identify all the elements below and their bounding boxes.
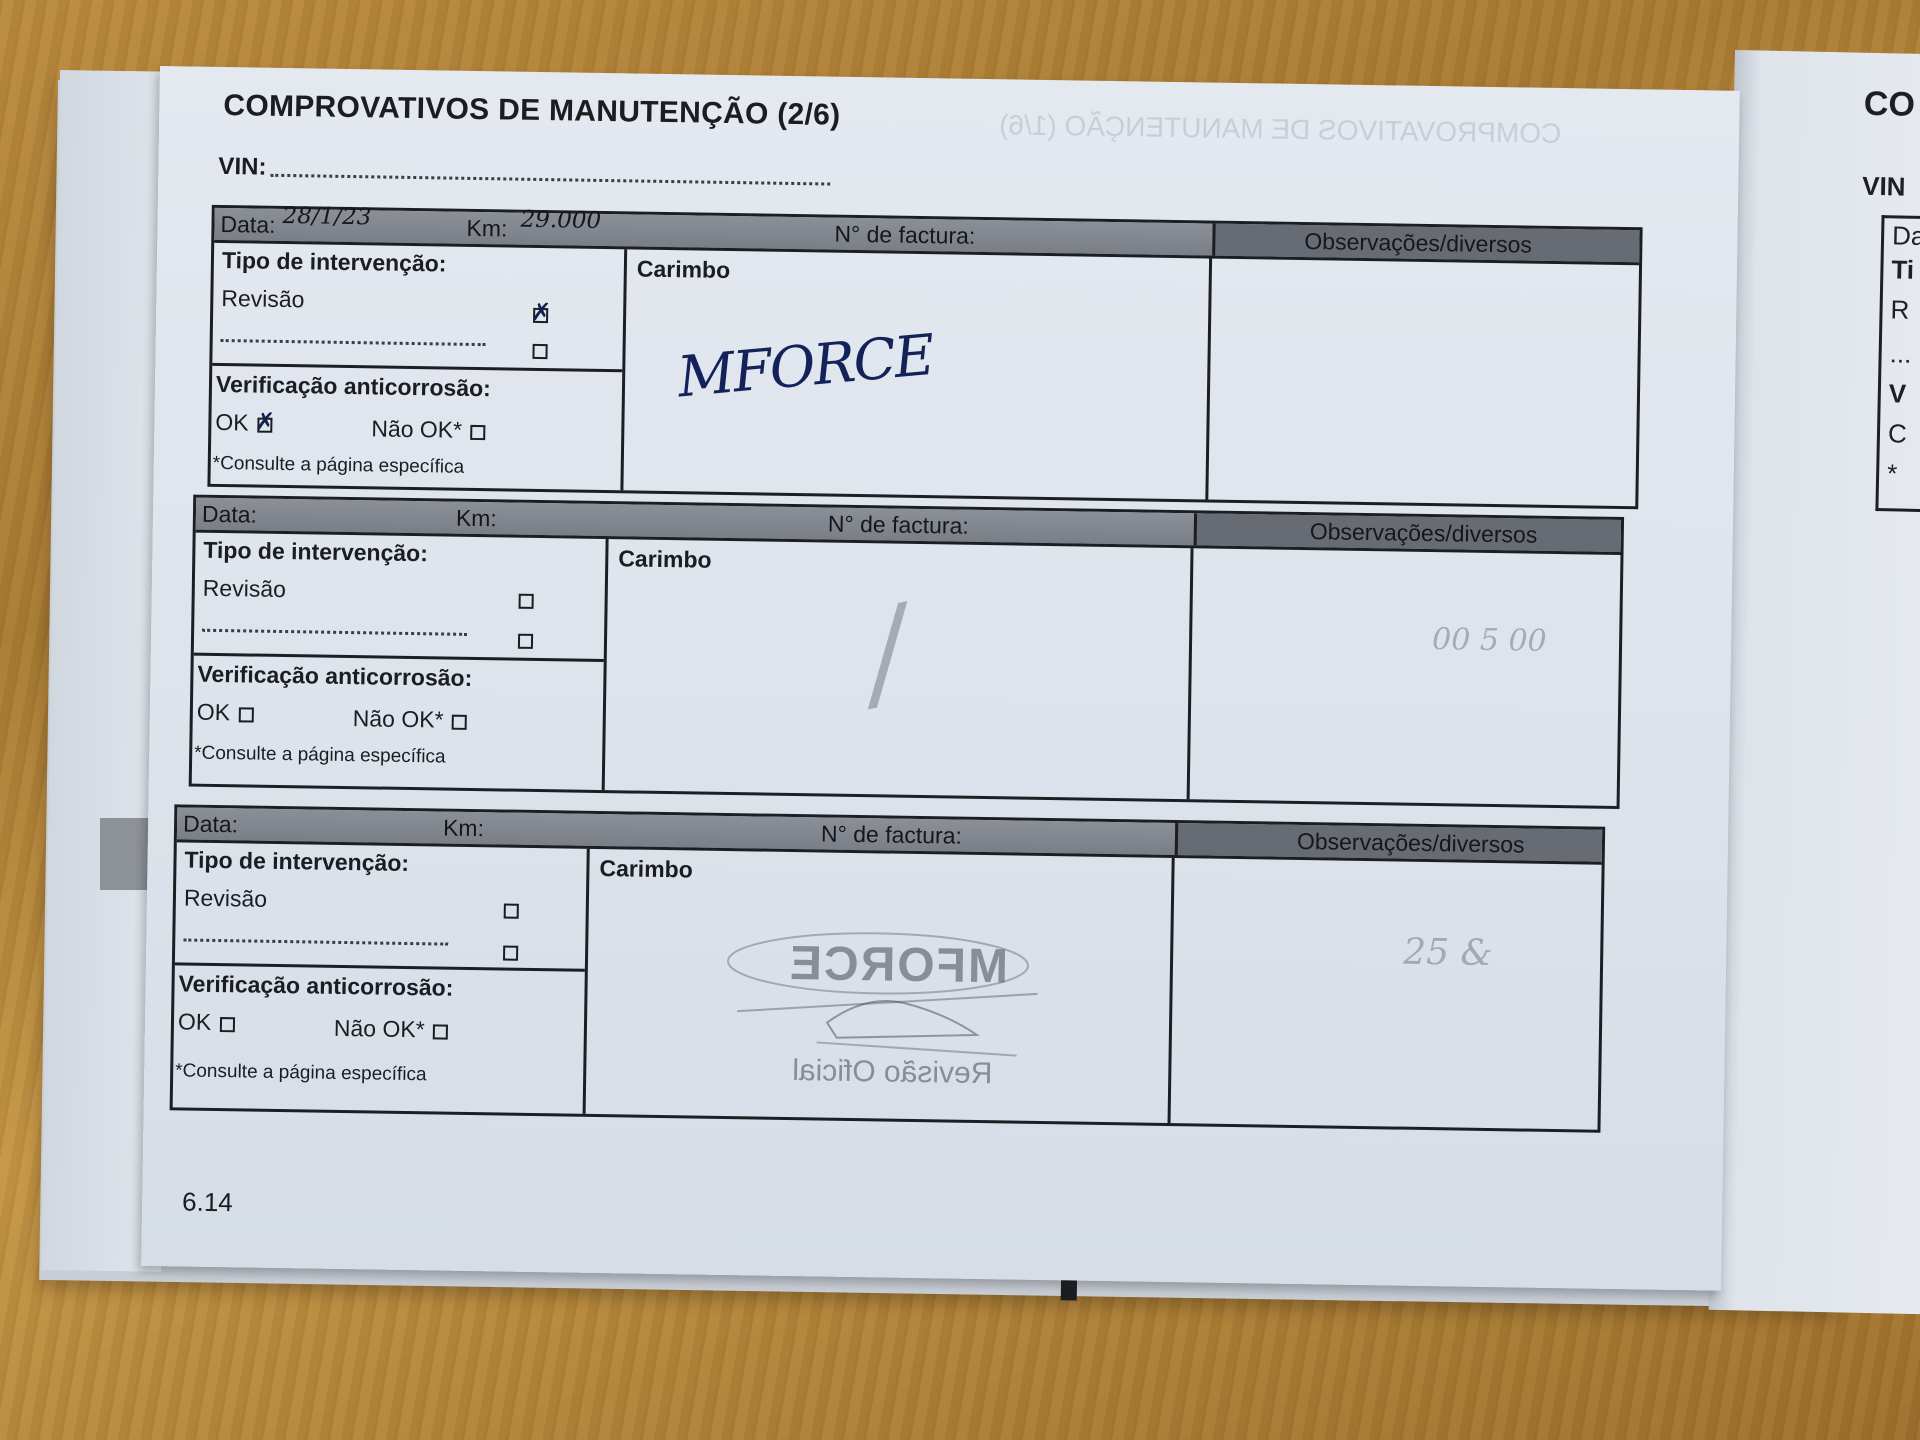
facing-fragment: ... bbox=[1889, 338, 1911, 369]
page-marker bbox=[1061, 1280, 1077, 1300]
anticorrosion-label: Verificação anticorrosão: bbox=[197, 661, 472, 692]
ok-checkbox[interactable] bbox=[238, 707, 253, 722]
km-label: Km: bbox=[443, 815, 484, 843]
page-title: COMPROVATIVOS DE MANUTENÇÃO (2/6) bbox=[223, 89, 841, 133]
ok-checkbox[interactable] bbox=[257, 418, 272, 433]
stamp-label: Carimbo bbox=[637, 256, 731, 284]
ok-label: OK bbox=[197, 699, 231, 726]
nao-ok-label: Não OK* bbox=[334, 1015, 425, 1042]
facing-page-block: Da Ti R ... V C * bbox=[1875, 215, 1920, 513]
page-number: 6.14 bbox=[182, 1186, 233, 1218]
invoice-label: N° de factura: bbox=[821, 820, 962, 849]
intervention-column: Tipo de intervenção: Revisão Verificação… bbox=[210, 243, 627, 490]
facing-page: CO VIN Da Ti R ... V C * bbox=[1709, 50, 1920, 1314]
observations-column[interactable]: 00 5 00 bbox=[1190, 548, 1621, 806]
intervention-column: Tipo de intervenção: Revisão Verificação… bbox=[173, 842, 590, 1113]
km-value[interactable]: 29.000 bbox=[520, 207, 601, 234]
maintenance-entry-2: Data: Km: N° de factura: Observações/div… bbox=[189, 495, 1624, 809]
observations-label: Observações/diversos bbox=[1297, 828, 1525, 859]
facing-fragment: * bbox=[1887, 458, 1898, 489]
stamp-subtitle-text: Revisão Oficial bbox=[792, 1054, 993, 1091]
footnote: *Consulte a página específica bbox=[194, 743, 446, 769]
nao-ok-checkbox[interactable] bbox=[470, 425, 485, 440]
other-intervention-field[interactable] bbox=[183, 938, 448, 945]
facing-page-vin: VIN bbox=[1862, 171, 1906, 203]
nao-ok-label: Não OK* bbox=[353, 705, 444, 732]
revision-checkbox[interactable] bbox=[504, 904, 519, 919]
intervention-column: Tipo de intervenção: Revisão Verificação… bbox=[192, 533, 609, 790]
invoice-label: N° de factura: bbox=[828, 511, 969, 540]
vin-field[interactable] bbox=[270, 174, 830, 186]
revision-checkbox[interactable] bbox=[533, 308, 548, 323]
intervention-type-label: Tipo de intervenção: bbox=[203, 537, 428, 568]
facing-fragment: C bbox=[1888, 418, 1907, 449]
revision-checkbox[interactable] bbox=[519, 594, 534, 609]
other-intervention-field[interactable] bbox=[221, 339, 486, 346]
other-intervention-checkbox[interactable] bbox=[532, 344, 547, 359]
invoice-label: N° de factura: bbox=[834, 221, 975, 250]
bleed-through-title: COMPROVATIVOS DE MANUTENÇÃO (1/6) bbox=[999, 109, 1562, 150]
maintenance-entry-3: Data: Km: N° de factura: Observações/div… bbox=[170, 804, 1606, 1132]
revision-label: Revisão bbox=[184, 884, 268, 912]
data-label: Data: bbox=[202, 501, 257, 529]
nao-ok-checkbox[interactable] bbox=[452, 715, 467, 730]
observations-label: Observações/diversos bbox=[1304, 228, 1532, 259]
stamp-logo-text: MFORCE bbox=[788, 936, 1009, 994]
facing-fragment: R bbox=[1890, 294, 1909, 325]
observations-column[interactable] bbox=[1208, 259, 1639, 507]
other-intervention-checkbox[interactable] bbox=[518, 634, 533, 649]
nao-ok-label: Não OK* bbox=[371, 415, 462, 442]
date-value[interactable]: 28/1/23 bbox=[282, 203, 371, 230]
stamp-column: Carimbo / bbox=[605, 539, 1194, 799]
intervention-type-label: Tipo de intervenção: bbox=[222, 247, 447, 278]
anticorrosion-label: Verificação anticorrosão: bbox=[178, 970, 453, 1001]
data-label: Data: bbox=[220, 211, 275, 239]
stamp-label: Carimbo bbox=[618, 545, 712, 573]
facing-page-title: CO bbox=[1863, 85, 1915, 125]
facing-fragment: Ti bbox=[1891, 254, 1914, 285]
maintenance-page: COMPROVATIVOS DE MANUTENÇÃO (2/6) COMPRO… bbox=[141, 66, 1740, 1291]
footnote: *Consulte a página específica bbox=[175, 1060, 427, 1086]
km-label: Km: bbox=[456, 505, 497, 533]
stamp-label: Carimbo bbox=[599, 855, 693, 883]
km-label: Km: bbox=[466, 215, 507, 243]
revision-label: Revisão bbox=[221, 285, 305, 313]
ok-label: OK bbox=[178, 1008, 212, 1035]
ok-checkbox[interactable] bbox=[219, 1017, 234, 1032]
maintenance-entry-1: Data: 28/1/23 Km: 29.000 N° de factura: … bbox=[207, 205, 1642, 509]
handwritten-stamp-signature: MFORCE bbox=[675, 323, 936, 410]
ok-label: OK bbox=[215, 409, 249, 436]
other-intervention-field[interactable] bbox=[202, 629, 467, 636]
observations-column[interactable]: 25 & bbox=[1171, 858, 1602, 1130]
data-label: Data: bbox=[183, 810, 238, 838]
stamp-column: Carimbo MFORCE bbox=[623, 249, 1212, 499]
vin-label: VIN: bbox=[218, 153, 266, 182]
stamp-column: Carimbo MFORCE Revisão Oficial bbox=[586, 849, 1175, 1123]
facing-fragment: Da bbox=[1892, 220, 1920, 252]
observations-label: Observações/diversos bbox=[1310, 518, 1538, 549]
anticorrosion-label: Verificação anticorrosão: bbox=[216, 371, 491, 402]
nao-ok-checkbox[interactable] bbox=[433, 1024, 448, 1039]
revision-label: Revisão bbox=[203, 575, 287, 603]
footnote: *Consulte a página específica bbox=[213, 453, 465, 479]
offset-stamp-impression: MFORCE Revisão Oficial bbox=[716, 901, 1059, 1106]
facing-fragment: V bbox=[1889, 378, 1907, 409]
intervention-type-label: Tipo de intervenção: bbox=[184, 846, 409, 877]
other-intervention-checkbox[interactable] bbox=[503, 945, 518, 960]
